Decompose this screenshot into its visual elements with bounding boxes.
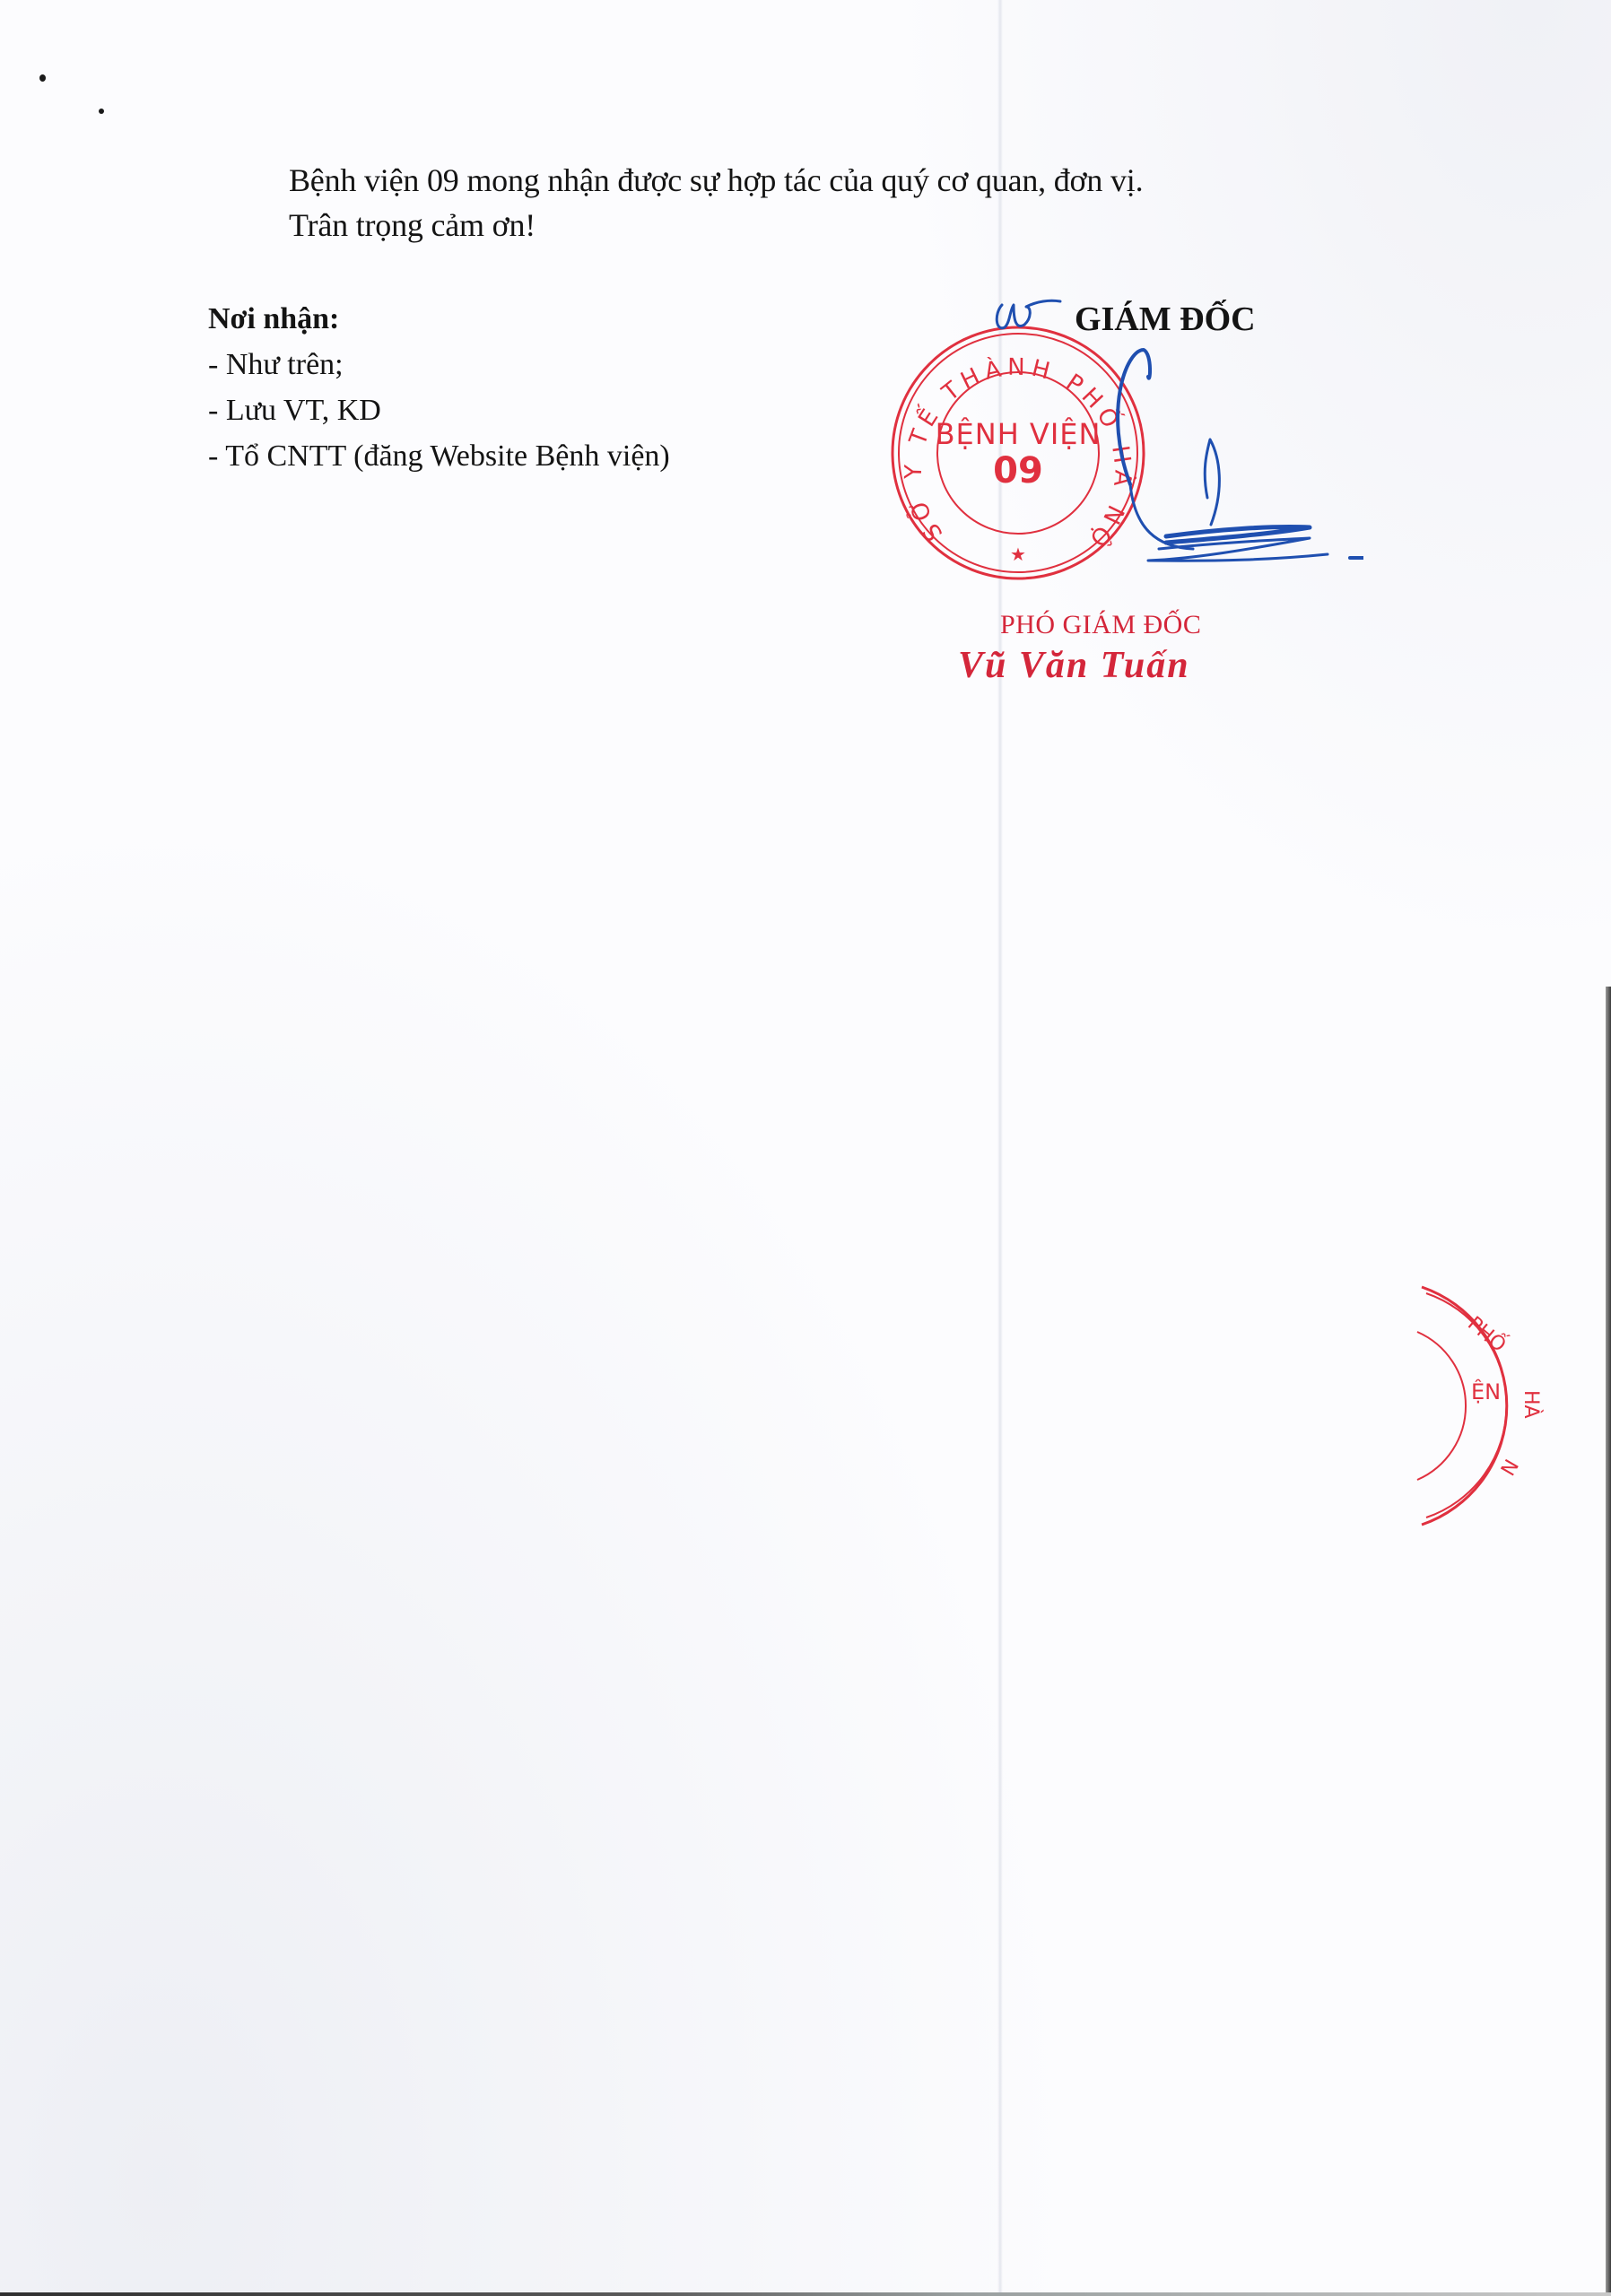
recipients-title: Nơi nhận: xyxy=(208,296,670,342)
signer-title: PHÓ GIÁM ĐỐC xyxy=(1000,610,1201,640)
scan-speck xyxy=(99,109,104,114)
recipients-block: Nơi nhận: - Như trên; - Lưu VT, KD - Tổ … xyxy=(208,296,670,479)
recipient-item: - Tổ CNTT (đăng Website Bệnh viện) xyxy=(208,433,670,479)
handwritten-signature xyxy=(951,287,1363,574)
partial-stamp-text: ỆN xyxy=(1471,1378,1501,1405)
signer-name: Vũ Văn Tuấn xyxy=(958,644,1190,687)
scan-speck xyxy=(39,74,46,82)
partial-seal-stamp: PHỐ HÀ N ỆN xyxy=(1399,1265,1579,1534)
partial-stamp-text: HÀ xyxy=(1520,1390,1543,1419)
recipient-item: - Lưu VT, KD xyxy=(208,387,670,433)
recipient-item: - Như trên; xyxy=(208,342,670,387)
body-paragraph-line: Bệnh viện 09 mong nhận được sự hợp tác c… xyxy=(289,158,1143,203)
partial-stamp-text: N xyxy=(1495,1455,1522,1479)
scan-edge-bottom xyxy=(0,2292,1611,2296)
closing-line: Trân trọng cảm ơn! xyxy=(289,203,536,248)
scan-edge-right xyxy=(1606,987,1611,2296)
document-page: Bệnh viện 09 mong nhận được sự hợp tác c… xyxy=(0,0,1611,2296)
